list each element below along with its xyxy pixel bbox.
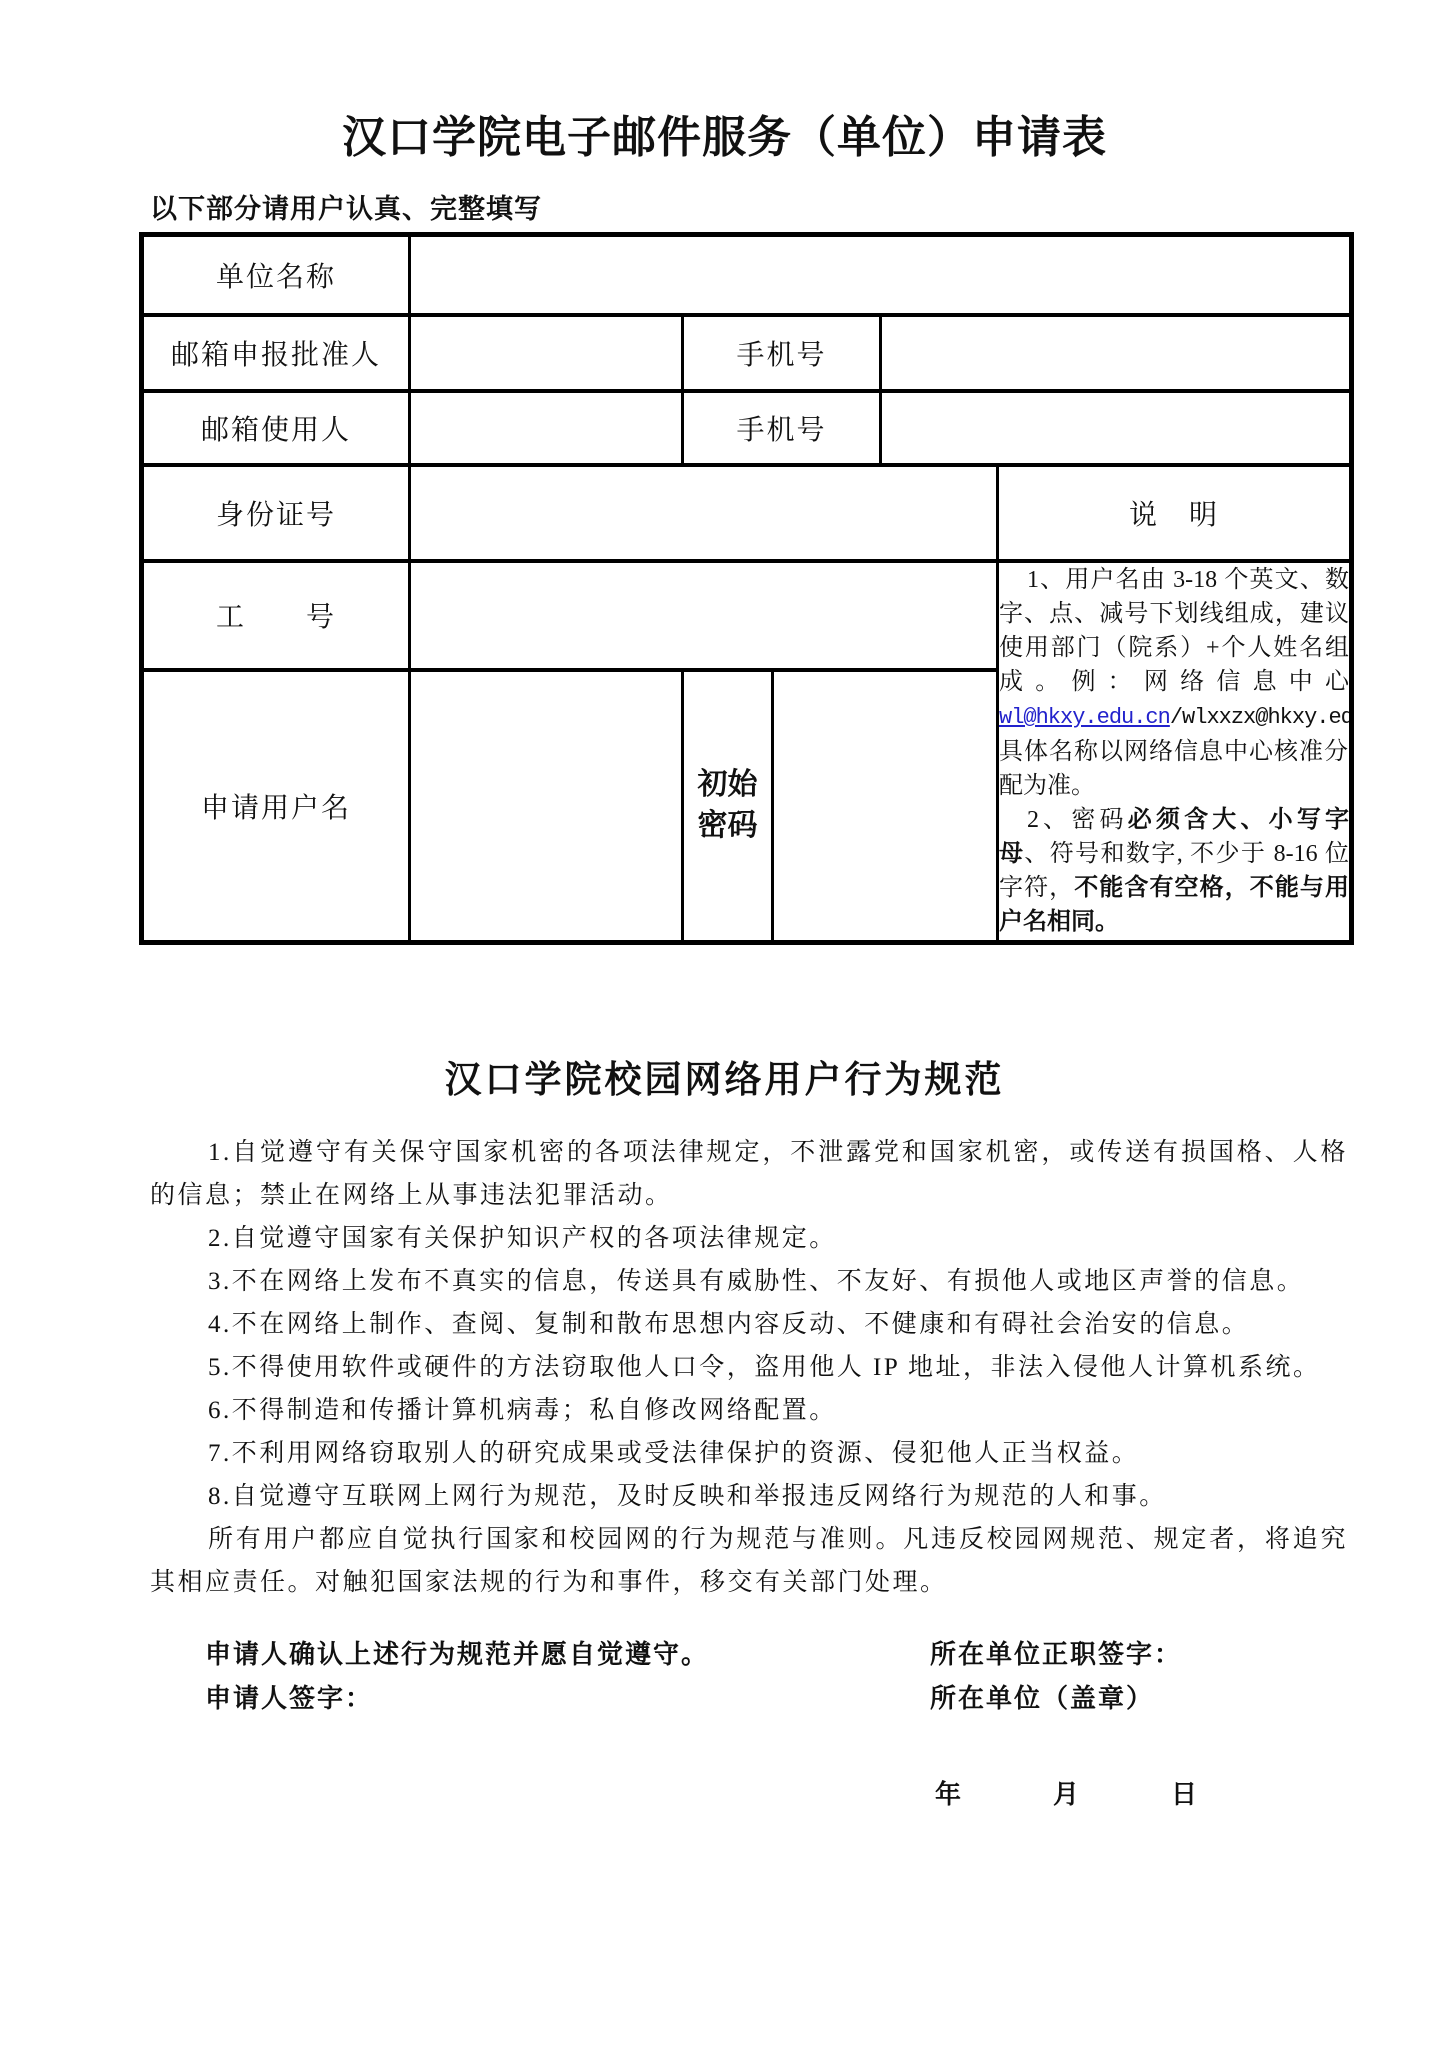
mailbox-user-label: 邮箱使用人 <box>142 391 410 465</box>
date-fields: 年 月 日 <box>935 1774 1197 1811</box>
rule-item-6: 6.不得制造和传播计算机病毒；私自修改网络配置。 <box>150 1389 1348 1432</box>
rule-item-7: 7.不利用网络窃取别人的研究成果或受法律保护的资源、侵犯他人正当权益。 <box>150 1432 1348 1475</box>
rules-section-title: 汉口学院校园网络用户行为规范 <box>0 1059 1449 1103</box>
table-row: 邮箱申报批准人 手机号 <box>142 315 1352 391</box>
rules-text-block: 1.自觉遵守有关保守国家机密的各项法律规定，不泄露党和国家机密，或传送有损国格、… <box>150 1131 1348 1604</box>
rule-item-3: 3.不在网络上发布不真实的信息，传送具有威胁性、不友好、有损他人或地区声誉的信息… <box>150 1260 1348 1303</box>
page-title: 汉口学院电子邮件服务（单位）申请表 <box>0 0 1449 165</box>
unit-seal-label: 所在单位（盖章） <box>930 1678 1154 1715</box>
note-username-rule: 1、用户名由 3-18 个英文、数字、点、减号下划线组成，建议使用部门（院系）+… <box>999 563 1349 803</box>
mailbox-user-name-input-cell[interactable] <box>410 391 683 465</box>
approver-phone-label: 手机号 <box>683 315 881 391</box>
notes-header: 说 明 <box>998 465 1352 561</box>
approver-label: 邮箱申报批准人 <box>142 315 410 391</box>
rule-item-1: 1.自觉遵守有关保守国家机密的各项法律规定，不泄露党和国家机密，或传送有损国格、… <box>150 1131 1348 1217</box>
unit-name-label: 单位名称 <box>142 234 410 315</box>
unit-name-input-cell[interactable] <box>410 234 1352 315</box>
rule-item-5: 5.不得使用软件或硬件的方法窃取他人口令，盗用他人 IP 地址，非法入侵他人计算… <box>150 1346 1348 1389</box>
id-number-label: 身份证号 <box>142 465 410 561</box>
rule-item-4: 4.不在网络上制作、查阅、复制和散布思想内容反动、不健康和有碍社会治安的信息。 <box>150 1303 1348 1346</box>
date-year-label: 年 <box>935 1774 961 1811</box>
username-input-cell[interactable] <box>410 670 683 943</box>
employee-id-label: 工 号 <box>142 561 410 670</box>
rule-item-2: 2.自觉遵守国家有关保护知识产权的各项法律规定。 <box>150 1217 1348 1260</box>
confirm-statement: 申请人确认上述行为规范并愿自觉遵守。 <box>205 1634 709 1671</box>
note-text: 具体名称以网络信息中心核准分配为准。 <box>999 739 1349 799</box>
initial-password-input-cell[interactable] <box>773 670 998 943</box>
user-phone-label: 手机号 <box>683 391 881 465</box>
application-form-document: 汉口学院电子邮件服务（单位）申请表 以下部分请用户认真、完整填写 单位名称 邮箱… <box>0 0 1449 2048</box>
email-example-link[interactable]: wl@hkxy.edu.cn <box>999 705 1170 730</box>
notes-cell: 1、用户名由 3-18 个英文、数字、点、减号下划线组成，建议使用部门（院系）+… <box>998 561 1352 943</box>
note-email-alt-text: /wlxxzx@hkxy.edu.cn, <box>1170 705 1352 730</box>
date-day-label: 日 <box>1171 1774 1197 1811</box>
rule-item-general: 所有用户都应自觉执行国家和校园网的行为规范与准则。凡违反校园网规范、规定者，将追… <box>150 1518 1348 1604</box>
footer-line-2: 申请人签字： 所在单位（盖章） <box>0 1678 1449 1722</box>
table-row: 身份证号 说 明 <box>142 465 1352 561</box>
initial-password-label: 初始密码 <box>683 670 773 943</box>
footer-line-1: 申请人确认上述行为规范并愿自觉遵守。 所在单位正职签字： <box>0 1634 1449 1678</box>
unit-head-signature-label: 所在单位正职签字： <box>930 1634 1182 1671</box>
employee-id-input-cell[interactable] <box>410 561 998 670</box>
note-password-rule: 2、密码必须含大、小写字母、符号和数字, 不少于 8-16 位字符，不能含有空格… <box>999 803 1349 939</box>
approver-phone-input-cell[interactable] <box>881 315 1352 391</box>
approver-name-input-cell[interactable] <box>410 315 683 391</box>
date-month-label: 月 <box>1053 1774 1079 1811</box>
note-text: 2、密码 <box>1027 807 1128 833</box>
user-phone-input-cell[interactable] <box>881 391 1352 465</box>
fill-instruction-subtitle: 以下部分请用户认真、完整填写 <box>150 187 1449 226</box>
table-row: 工 号 1、用户名由 3-18 个英文、数字、点、减号下划线组成，建议使用部门（… <box>142 561 1352 670</box>
date-line: 年 月 日 <box>0 1774 1449 1814</box>
note-text: 1、用户名由 3-18 个英文、数字、点、减号下划线组成，建议使用部门（院系）+… <box>999 567 1349 695</box>
username-label: 申请用户名 <box>142 670 410 943</box>
table-row: 单位名称 <box>142 234 1352 315</box>
rule-item-8: 8.自觉遵守互联网上网行为规范，及时反映和举报违反网络行为规范的人和事。 <box>150 1475 1348 1518</box>
application-form-table: 单位名称 邮箱申报批准人 手机号 邮箱使用人 手机号 身份证号 说 明 <box>139 232 1354 945</box>
applicant-signature-label: 申请人签字： <box>205 1678 373 1715</box>
id-number-input-cell[interactable] <box>410 465 998 561</box>
table-row: 邮箱使用人 手机号 <box>142 391 1352 465</box>
